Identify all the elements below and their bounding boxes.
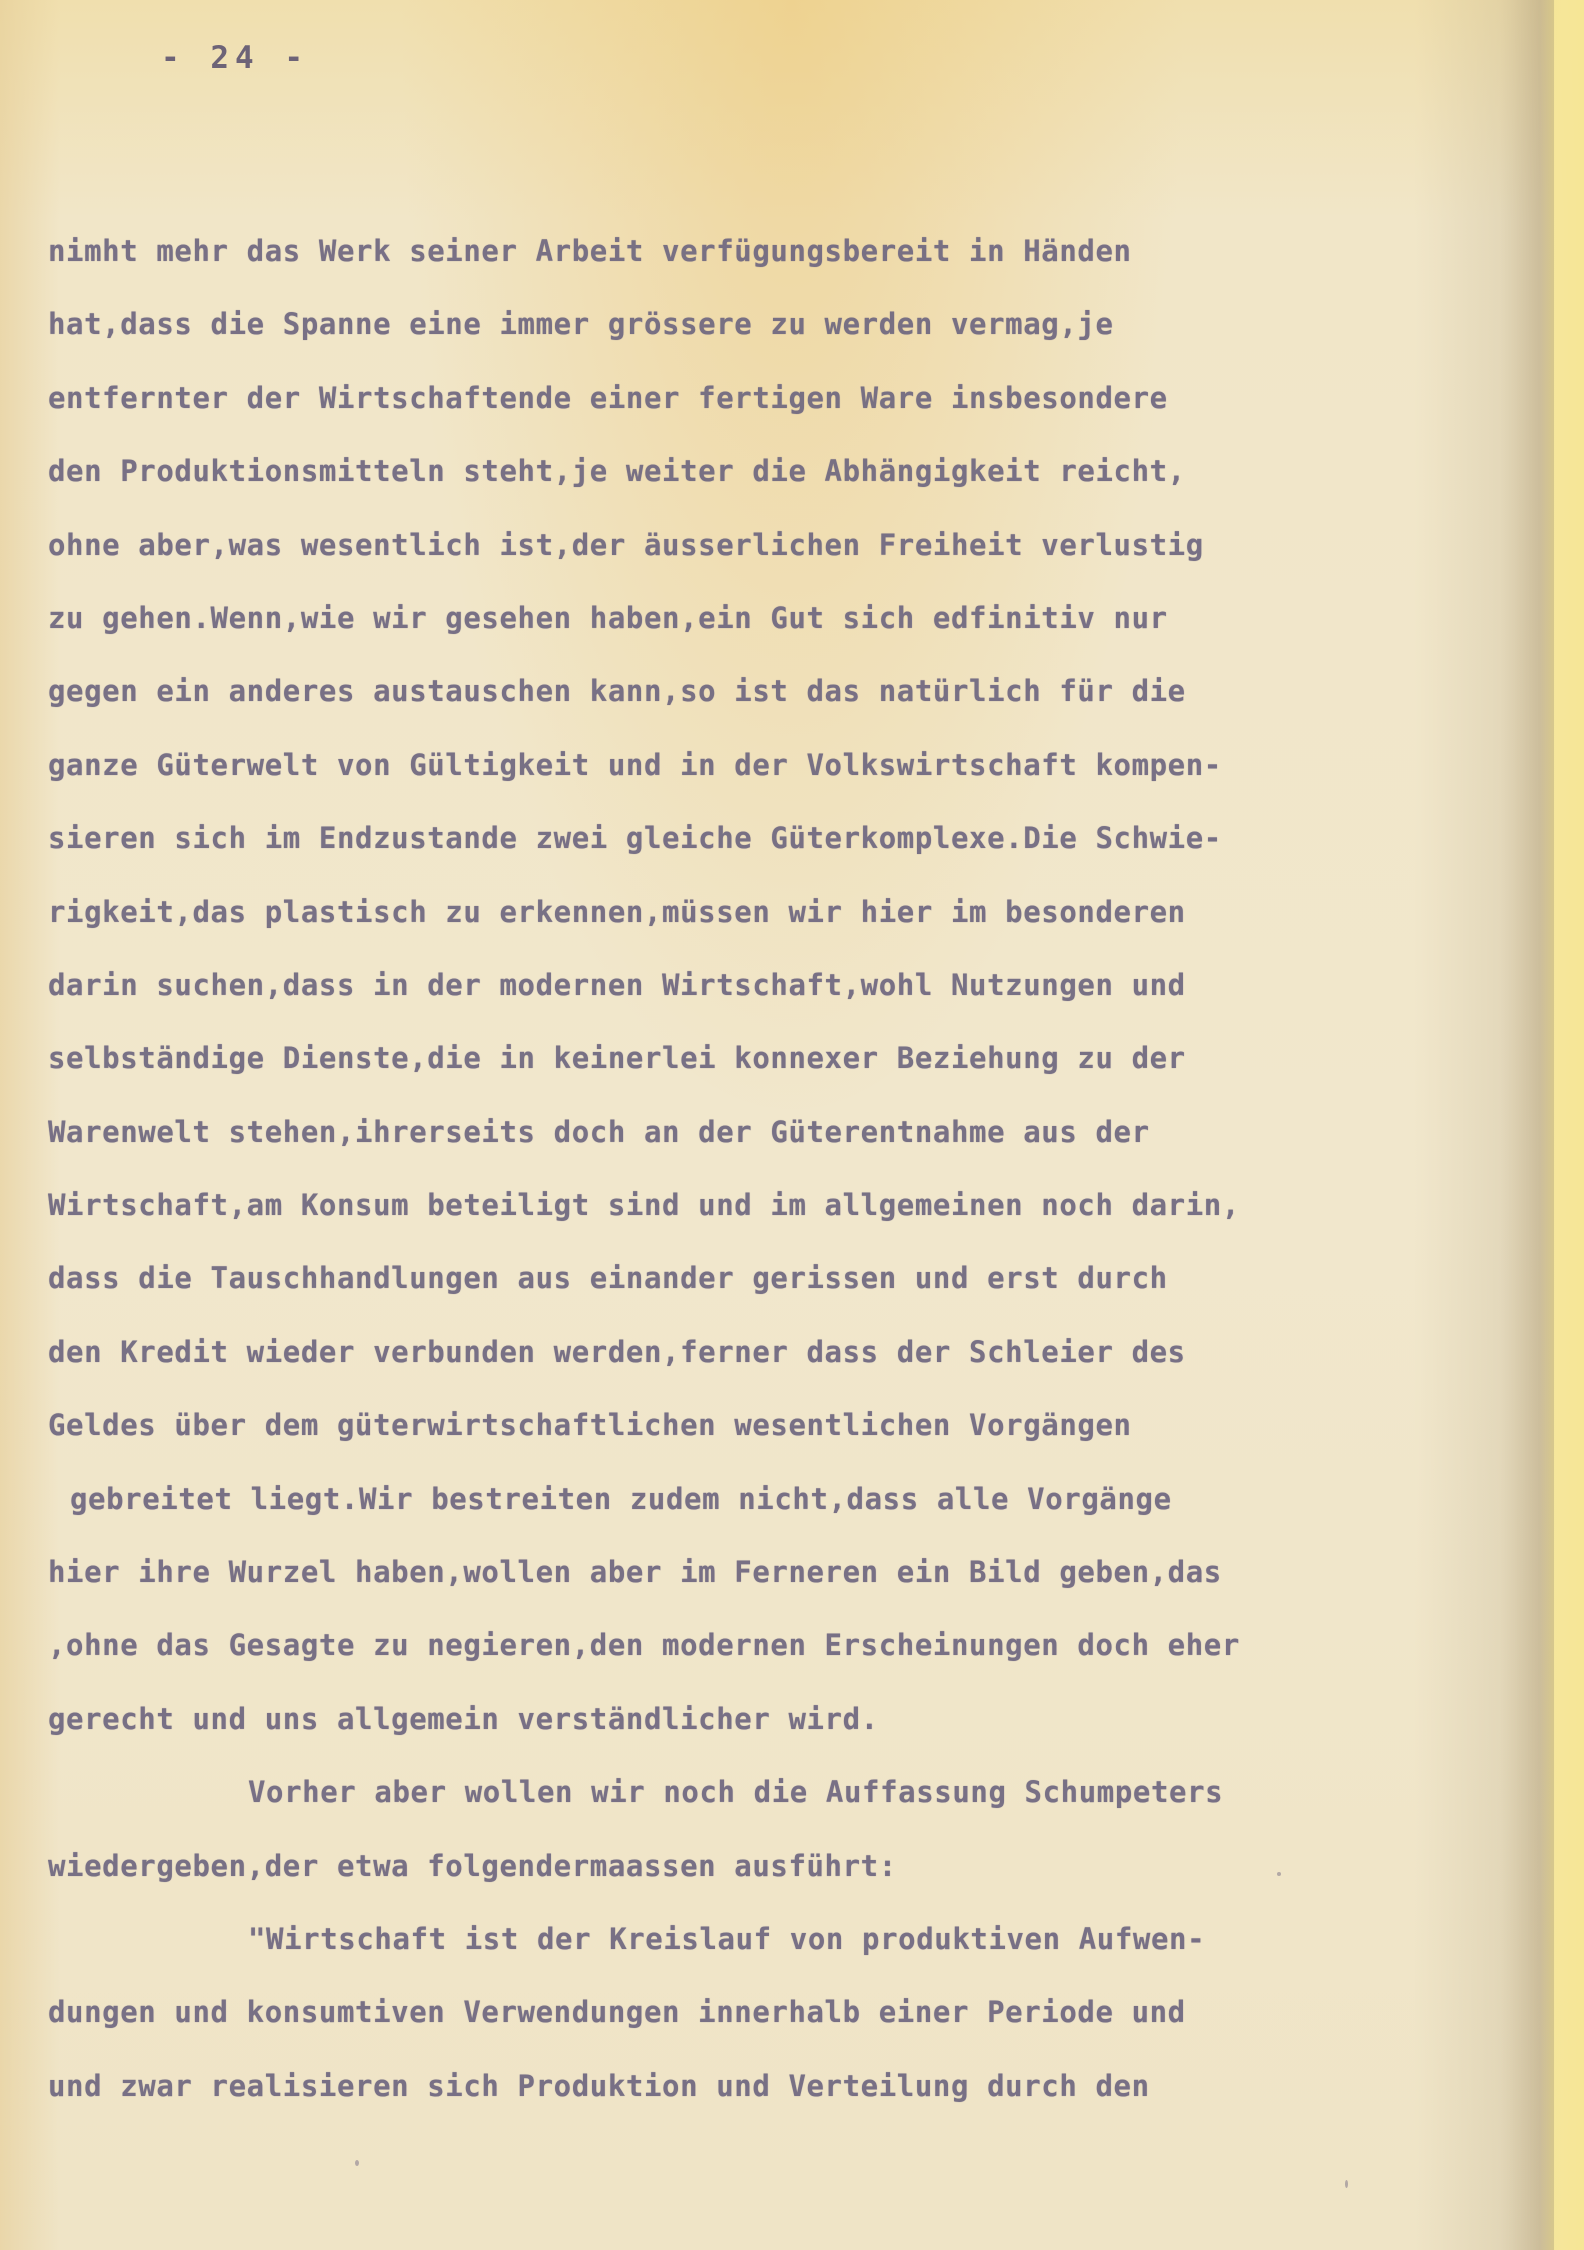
document-page: - 24 - nimht mehr das Werk seiner Arbeit… [0, 0, 1584, 2250]
text-line: entfernter der Wirtschaftende einer fert… [48, 362, 1528, 435]
text-line: rigkeit,das plastisch zu erkennen,müssen… [48, 876, 1528, 949]
text-line: hat,dass die Spanne eine immer grössere … [48, 288, 1528, 361]
text-line: Wirtschaft,am Konsum beteiligt sind und … [48, 1169, 1528, 1242]
page-number: - 24 - [0, 40, 470, 76]
text-line: den Produktionsmitteln steht,je weiter d… [48, 435, 1528, 508]
text-line: und zwar realisieren sich Produktion und… [48, 2050, 1528, 2123]
text-line: dass die Tauschhandlungen aus einander g… [48, 1242, 1528, 1315]
text-line: zu gehen.Wenn,wie wir gesehen haben,ein … [48, 582, 1528, 655]
ink-speck [1345, 2180, 1348, 2188]
text-line: Warenwelt stehen,ihrerseits doch an der … [48, 1096, 1528, 1169]
text-line: gegen ein anderes austauschen kann,so is… [48, 655, 1528, 728]
text-line: gerecht und uns allgemein verständlicher… [48, 1683, 1528, 1756]
text-line: dungen und konsumtiven Verwendungen inne… [48, 1976, 1528, 2049]
text-line: nimht mehr das Werk seiner Arbeit verfüg… [48, 215, 1528, 288]
text-line: gebreitet liegt.Wir bestreiten zudem nic… [48, 1463, 1528, 1536]
text-line: den Kredit wieder verbunden werden,ferne… [48, 1316, 1528, 1389]
ink-speck [355, 2160, 359, 2166]
quote-start-line: "Wirtschaft ist der Kreislauf von produk… [48, 1903, 1528, 1976]
text-line: ganze Güterwelt von Gültigkeit und in de… [48, 729, 1528, 802]
text-line: Geldes über dem güterwirtschaftlichen we… [48, 1389, 1528, 1462]
text-line: selbständige Dienste,die in keinerlei ko… [48, 1022, 1528, 1095]
text-line: wiedergeben,der etwa folgendermaassen au… [48, 1830, 1528, 1903]
text-line: darin suchen,dass in der modernen Wirtsc… [48, 949, 1528, 1022]
text-line: ohne aber,was wesentlich ist,der äusserl… [48, 509, 1528, 582]
text-line: sieren sich im Endzustande zwei gleiche … [48, 802, 1528, 875]
typewritten-body: nimht mehr das Werk seiner Arbeit verfüg… [48, 215, 1528, 2123]
text-line: ,ohne das Gesagte zu negieren,den modern… [48, 1609, 1528, 1682]
ink-speck [1277, 1872, 1281, 1876]
paragraph-start-line: Vorher aber wollen wir noch die Auffassu… [48, 1756, 1528, 1829]
text-line: hier ihre Wurzel haben,wollen aber im Fe… [48, 1536, 1528, 1609]
